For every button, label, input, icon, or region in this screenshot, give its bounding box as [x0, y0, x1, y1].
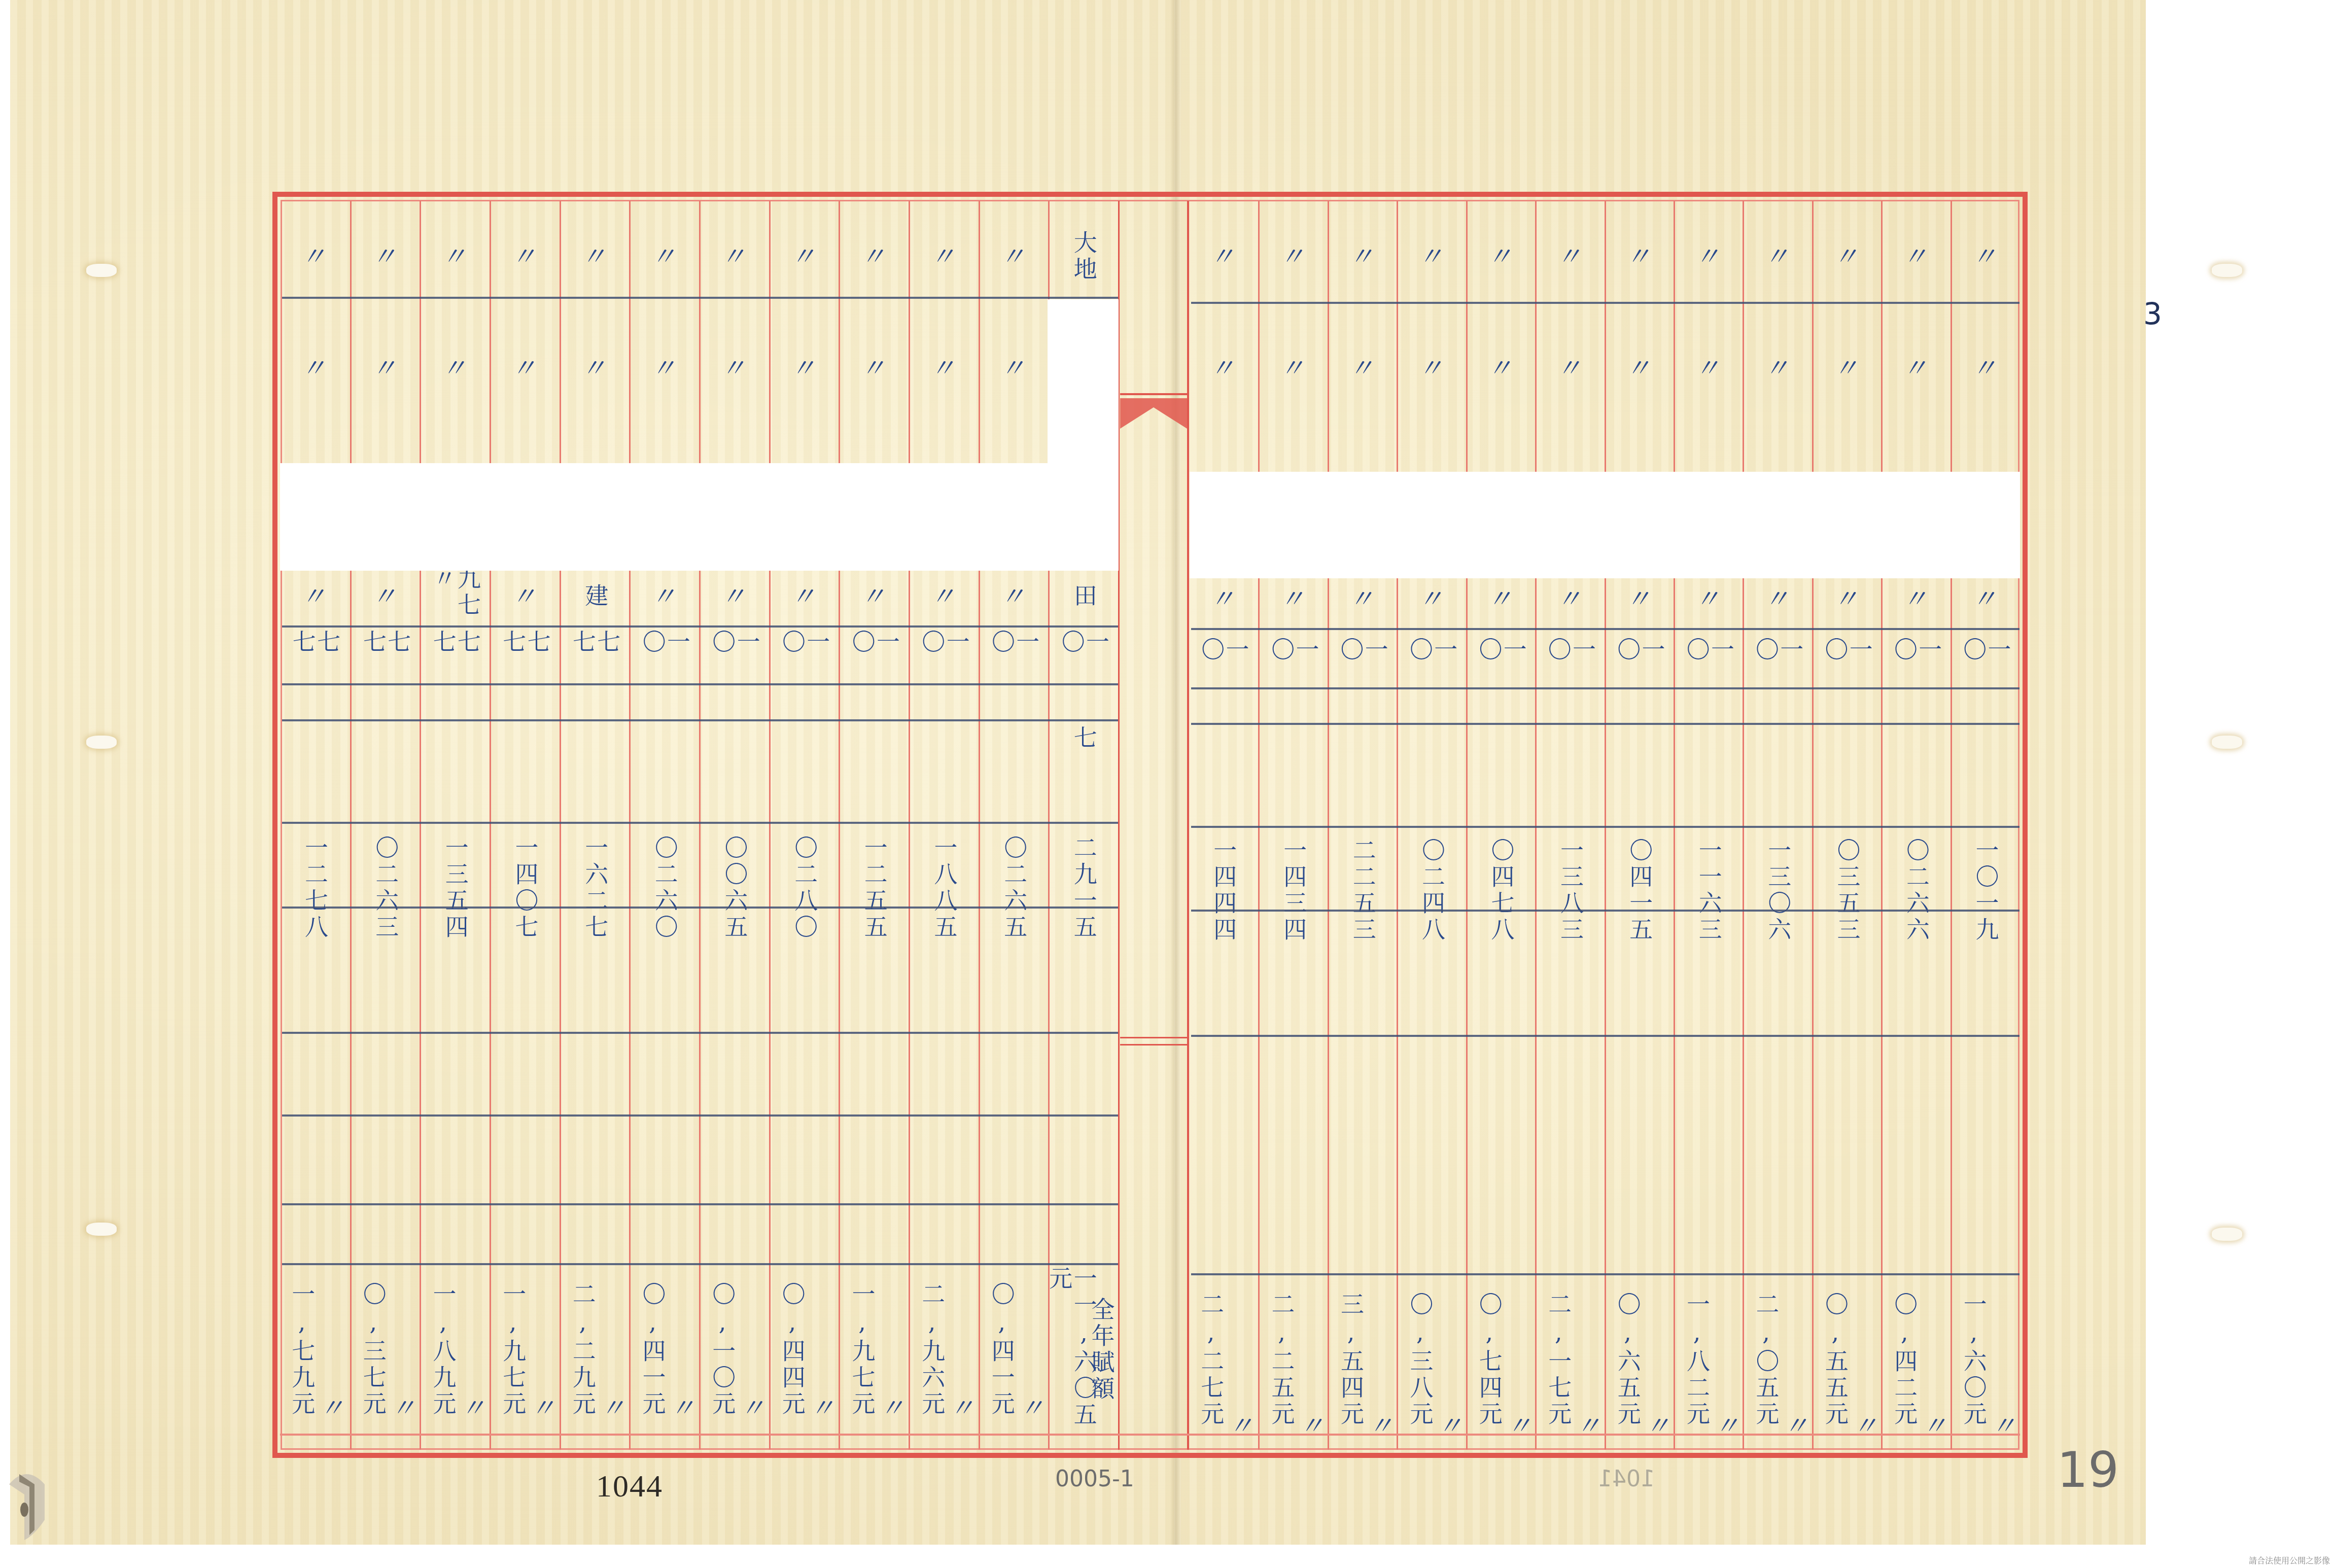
- header-cell: 〃: [280, 216, 350, 297]
- grade-cell: 七七: [352, 630, 420, 680]
- bottom-rule: [280, 1434, 2020, 1436]
- area-cell: 一八八五: [910, 825, 979, 952]
- subheader-cell: 〃: [1883, 328, 1950, 409]
- annual-tax-cell: 〇,三八元: [1403, 1281, 1437, 1439]
- land-type-cell: 〃: [840, 566, 909, 627]
- grade-cell: 一〇: [771, 630, 839, 680]
- annual-tax-cell: 二,九六元: [915, 1266, 949, 1434]
- annual-tax-cell: 〇,四二元: [1888, 1281, 1921, 1439]
- area-cell: 〇三五三: [1814, 830, 1881, 952]
- row-rule: [1191, 910, 2019, 912]
- punch-hole: [86, 736, 117, 749]
- register-column: 〃〃〃一〇一四四四二,二七元〃: [1189, 201, 1258, 1450]
- header-cell: 〃: [631, 216, 699, 297]
- land-type-cell: 〃: [491, 566, 560, 627]
- header-cell: 〃: [1606, 216, 1674, 297]
- register-column: 〃〃〃一〇一二五五一,九七元〃: [839, 201, 909, 1450]
- ditto-cell: 〃: [392, 1388, 417, 1428]
- register-column: 〃〃〃一〇二二五三三,五四元〃: [1328, 201, 1397, 1450]
- area-cell: 〇二六五: [980, 825, 1049, 952]
- land-type-cell: 〃: [280, 566, 350, 627]
- land-type-cell: 田: [1050, 566, 1118, 627]
- ditto-cell: 〃: [1508, 1408, 1534, 1444]
- ditto-cell: 〃: [671, 1388, 697, 1428]
- header-cell: 〃: [1675, 216, 1743, 297]
- register-column: 〃〃〃一〇〇三五三〇,五五元〃: [1812, 201, 1881, 1450]
- ditto-cell: 〃: [462, 1388, 487, 1428]
- faint-mirror-number: 1041: [1598, 1466, 1655, 1492]
- annual-tax-cell: 二,一七元: [1542, 1281, 1575, 1439]
- register-column: 〃〃〃七七一二七八一,七九元〃: [280, 201, 350, 1450]
- row-rule: [282, 1032, 1118, 1034]
- annual-tax-cell: 〇,四一元: [636, 1266, 669, 1434]
- ditto-cell: 〃: [1021, 1388, 1046, 1428]
- spine-mark: [1120, 1044, 1187, 1046]
- area-cell: 一四〇七: [491, 825, 560, 952]
- header-cell: 〃: [840, 216, 909, 297]
- register-column: 〃〃〃一〇一三〇六二,〇五元〃: [1743, 201, 1812, 1450]
- area-cell: 一六二七: [561, 825, 630, 952]
- register-column: 〃〃〃一〇一一六三一,八二元〃: [1674, 201, 1743, 1450]
- left-page-table: 〃〃〃七七一二七八一,七九元〃〃〃〃七七〇二六三〇,三七元〃〃〃九七〃七七一三五…: [280, 201, 1118, 1450]
- row-rule: [282, 1114, 1118, 1117]
- land-type-cell: 建: [561, 566, 630, 627]
- ditto-cell: 〃: [741, 1388, 767, 1428]
- register-column: 〃〃〃一〇〇二四八〇,三八元〃: [1397, 201, 1466, 1450]
- subheader-cell: 〃: [771, 328, 839, 409]
- row-rule: [1191, 1035, 2019, 1037]
- ditto-cell: 〃: [881, 1388, 906, 1428]
- land-type-cell: 〃: [1675, 571, 1743, 627]
- grade-cell: 一〇: [1260, 637, 1327, 688]
- annual-tax-cell: 二,二五元: [1265, 1281, 1298, 1439]
- header-cell: 〃: [1537, 216, 1604, 297]
- annual-tax-cell: 一,八二元: [1680, 1281, 1714, 1439]
- land-type-cell: 〃: [1952, 571, 2019, 627]
- ditto-cell: 〃: [1716, 1408, 1741, 1444]
- area-cell: 一二七八: [280, 825, 350, 952]
- redaction-box: [1048, 299, 1119, 467]
- register-column: 〃〃〃一〇一八八五二,九六元〃: [909, 201, 979, 1450]
- land-type-cell: 〃: [1468, 571, 1535, 627]
- land-type-cell: 〃: [1814, 571, 1881, 627]
- row-rule: [1191, 628, 2019, 630]
- register-column: 〃〃〃一〇〇二八〇〇,四四元〃: [769, 201, 839, 1450]
- subheader-cell: 〃: [1537, 328, 1604, 409]
- area-cell: 〇二六六: [1883, 830, 1950, 952]
- row-rule: [282, 822, 1118, 824]
- grade-cell: 一〇: [1189, 637, 1258, 688]
- header-cell: 〃: [1398, 216, 1466, 297]
- row-rule: [1191, 687, 2019, 689]
- row-rule: [282, 683, 1118, 685]
- sub-grade-cell: 七: [1050, 723, 1118, 754]
- register-column: 〃〃九七〃七七一三五四一,八九元〃: [420, 201, 490, 1450]
- land-type-cell: 〃: [1260, 571, 1327, 627]
- area-cell: 〇二四八: [1398, 830, 1466, 952]
- row-rule: [1191, 723, 2019, 725]
- area-cell: 一三〇六: [1744, 830, 1812, 952]
- row-rule: [1191, 302, 2019, 304]
- subheader-cell: 〃: [421, 328, 490, 409]
- row-rule: [282, 719, 1118, 721]
- ditto-cell: 〃: [1647, 1408, 1672, 1444]
- subheader-cell: 〃: [910, 328, 979, 409]
- row-rule: [1191, 826, 2019, 828]
- area-cell: 二九一五: [1050, 825, 1118, 952]
- pencil-note: 0005-1: [1055, 1466, 1134, 1492]
- spine-mark: [1120, 1037, 1187, 1038]
- land-type-cell: 〃: [1744, 571, 1812, 627]
- subheader-cell: 〃: [701, 328, 769, 409]
- margin-mark: 3: [2143, 297, 2162, 331]
- area-cell: 一二五五: [840, 825, 909, 952]
- redaction-box: [1190, 472, 2020, 578]
- subheader-cell: 〃: [280, 328, 350, 409]
- register-column: 〃〃〃一〇一〇一九一,六〇元〃: [1951, 201, 2019, 1450]
- subheader-cell: 〃: [352, 328, 420, 409]
- grade-cell: 一〇: [1398, 637, 1466, 688]
- row-rule: [282, 907, 1118, 909]
- punch-hole: [2212, 736, 2242, 749]
- land-type-cell: 〃: [701, 566, 769, 627]
- ditto-cell: 〃: [1923, 1408, 1948, 1444]
- subheader-cell: 〃: [1675, 328, 1743, 409]
- subheader-cell: 〃: [1468, 328, 1535, 409]
- area-cell: 一一六三: [1675, 830, 1743, 952]
- header-cell: 〃: [910, 216, 979, 297]
- annual-tax-cell: 一,八九元: [426, 1266, 460, 1434]
- header-cell: 〃: [352, 216, 420, 297]
- grade-cell: 一〇: [1050, 630, 1118, 680]
- grade-cell: 一〇: [840, 630, 909, 680]
- header-cell: 〃: [701, 216, 769, 297]
- grade-cell: 一〇: [980, 630, 1049, 680]
- subheader-cell: 〃: [980, 328, 1049, 409]
- area-cell: 一四三四: [1260, 830, 1327, 952]
- right-page-table: 〃〃〃一〇一四四四二,二七元〃〃〃〃一〇一四三四二,二五元〃〃〃〃一〇二二五三三…: [1189, 201, 2019, 1450]
- register-column: 〃〃〃一〇〇四七八〇,七四元〃: [1466, 201, 1535, 1450]
- register-column: 〃〃〃一〇〇二六〇〇,四一元〃: [629, 201, 699, 1450]
- annual-tax-cell: 三,五四元: [1334, 1281, 1368, 1439]
- grade-cell: 一〇: [1883, 637, 1950, 688]
- annual-tax-cell: 一,九七元: [845, 1266, 879, 1434]
- header-cell: 〃: [561, 216, 630, 297]
- subheader-cell: 〃: [1606, 328, 1674, 409]
- annual-tax-cell: 〇,五五元: [1819, 1281, 1852, 1439]
- header-cell: 〃: [1744, 216, 1812, 297]
- area-cell: 一〇一九: [1952, 830, 2019, 952]
- land-type-cell: 〃: [1537, 571, 1604, 627]
- grade-cell: 一〇: [1675, 637, 1743, 688]
- header-cell: 〃: [1329, 216, 1397, 297]
- pencil-page-mark: 19: [2057, 1442, 2119, 1499]
- annual-tax-cell: 一,六〇元: [1957, 1281, 1991, 1439]
- subheader-cell: 〃: [1260, 328, 1327, 409]
- usage-watermark: 請合法使用公開之影像: [2249, 1554, 2330, 1566]
- grade-cell: 七七: [421, 630, 490, 680]
- register-column: 〃〃〃一〇〇二六六〇,四二元〃: [1881, 201, 1950, 1450]
- ditto-cell: 〃: [811, 1388, 837, 1428]
- area-cell: 〇二八〇: [771, 825, 839, 952]
- grade-cell: 一〇: [1329, 637, 1397, 688]
- header-cell: 〃: [1814, 216, 1881, 297]
- register-column: 〃〃〃一〇〇四一五〇,六五元〃: [1605, 201, 1674, 1450]
- header-cell: 〃: [1468, 216, 1535, 297]
- subheader-cell: 〃: [561, 328, 630, 409]
- grade-cell: 一〇: [631, 630, 699, 680]
- header-cell: 〃: [980, 216, 1049, 297]
- register-column: 〃〃〃七七一四〇七一,九七元〃: [490, 201, 560, 1450]
- area-cell: 二二五三: [1329, 830, 1397, 952]
- header-cell: 〃: [1260, 216, 1327, 297]
- punch-hole: [2212, 264, 2242, 277]
- ditto-cell: 〃: [1854, 1408, 1879, 1444]
- header-cell: 〃: [491, 216, 560, 297]
- land-type-cell: 〃: [1398, 571, 1466, 627]
- redaction-box: [280, 463, 1119, 571]
- subheader-cell: 〃: [1398, 328, 1466, 409]
- annual-tax-cell: 〇,六五元: [1611, 1281, 1645, 1439]
- subheader-cell: 〃: [840, 328, 909, 409]
- header-cell: 〃: [1952, 216, 2019, 297]
- annual-tax-cell: 〇,四四元: [776, 1266, 809, 1434]
- land-type-cell: 〃: [1606, 571, 1674, 627]
- row-rule: [1191, 1273, 2019, 1275]
- register-column: 〃〃〃一〇一三八三二,一七元〃: [1535, 201, 1604, 1450]
- subheader-cell: 〃: [1744, 328, 1812, 409]
- area-cell: 一四四四: [1189, 830, 1258, 952]
- ditto-cell: 〃: [321, 1388, 346, 1428]
- annual-tax-cell: 〇,四一元: [985, 1266, 1019, 1434]
- land-type-cell: 〃: [980, 566, 1049, 627]
- annual-tax-cell: 〇,三七元: [357, 1266, 390, 1434]
- grade-cell: 一〇: [1606, 637, 1674, 688]
- ditto-cell: 〃: [1993, 1408, 2018, 1444]
- land-type-cell: 〃: [352, 566, 420, 627]
- subheader-cell: 〃: [631, 328, 699, 409]
- land-type-cell: 〃: [631, 566, 699, 627]
- grade-cell: 一〇: [1468, 637, 1535, 688]
- row-rule: [282, 625, 1118, 628]
- area-cell: 一三五四: [421, 825, 490, 952]
- subheader-cell: 〃: [1189, 328, 1258, 409]
- header-cell: 〃: [421, 216, 490, 297]
- header-cell: 〃: [1883, 216, 1950, 297]
- row-rule: [282, 297, 1118, 299]
- row-rule: [282, 1263, 1118, 1265]
- ditto-cell: 〃: [602, 1388, 627, 1428]
- grade-cell: 七七: [561, 630, 630, 680]
- annual-tax-cell: 一一,六〇五元: [1055, 1266, 1088, 1434]
- ditto-cell: 〃: [1439, 1408, 1464, 1444]
- archive-logo-icon: [4, 1464, 49, 1540]
- punch-hole: [2212, 1228, 2242, 1241]
- area-cell: 一三八三: [1537, 830, 1604, 952]
- header-cell: 大地: [1050, 216, 1118, 297]
- register-column: 〃〃〃一〇一四三四二,二五元〃: [1258, 201, 1327, 1450]
- ditto-cell: 〃: [532, 1388, 557, 1428]
- spine-chevron-icon: [1120, 393, 1187, 434]
- grade-cell: 七七: [491, 630, 560, 680]
- area-cell: 〇二六三: [352, 825, 420, 952]
- area-cell: 〇四一五: [1606, 830, 1674, 952]
- punch-hole: [86, 264, 117, 277]
- grade-cell: 一〇: [1744, 637, 1812, 688]
- subheader-cell: 〃: [491, 328, 560, 409]
- ditto-cell: 〃: [1230, 1408, 1255, 1444]
- annual-tax-cell: 一,七九元: [285, 1266, 319, 1434]
- page-number: 1044: [596, 1469, 663, 1505]
- register-column: 〃〃〃一〇〇二六五〇,四一元〃: [979, 201, 1049, 1450]
- grade-cell: 一〇: [1814, 637, 1881, 688]
- land-type-cell: 〃: [1883, 571, 1950, 627]
- subheader-cell: 〃: [1952, 328, 2019, 409]
- subheader-cell: 〃: [1814, 328, 1881, 409]
- area-cell: 〇四七八: [1468, 830, 1535, 952]
- register-column: 〃〃建七七一六二七二,二九元〃: [560, 201, 630, 1450]
- ditto-cell: 〃: [1785, 1408, 1810, 1444]
- annual-tax-cell: 一,九七元: [496, 1266, 530, 1434]
- land-type-cell: 〃: [910, 566, 979, 627]
- header-cell: 〃: [771, 216, 839, 297]
- ditto-cell: 〃: [951, 1388, 976, 1428]
- area-cell: 〇〇六五: [701, 825, 769, 952]
- ditto-cell: 〃: [1370, 1408, 1395, 1444]
- grade-cell: 一〇: [701, 630, 769, 680]
- annual-tax-cell: 〇,一〇元: [706, 1266, 739, 1434]
- ditto-cell: 〃: [1300, 1408, 1326, 1444]
- row-rule: [282, 1203, 1118, 1205]
- annual-tax-cell: 二,二七元: [1194, 1281, 1228, 1439]
- grade-cell: 一〇: [1537, 637, 1604, 688]
- punch-hole: [86, 1223, 117, 1236]
- area-cell: 〇二六〇: [631, 825, 699, 952]
- register-column: 〃〃〃七七〇二六三〇,三七元〃: [350, 201, 420, 1450]
- annual-tax-cell: 二,二九元: [566, 1266, 600, 1434]
- grade-cell: 一〇: [910, 630, 979, 680]
- annual-tax-cell: 〇,七四元: [1473, 1281, 1506, 1439]
- land-type-cell: 九七〃: [421, 566, 490, 627]
- grade-cell: 七七: [280, 630, 350, 680]
- land-type-cell: 〃: [771, 566, 839, 627]
- land-type-cell: 〃: [1329, 571, 1397, 627]
- annual-tax-cell: 二,〇五元: [1749, 1281, 1783, 1439]
- grade-cell: 一〇: [1952, 637, 2019, 688]
- subheader-cell: 〃: [1329, 328, 1397, 409]
- header-cell: 〃: [1189, 216, 1258, 297]
- register-column: 〃〃〃一〇〇〇六五〇,一〇元〃: [699, 201, 769, 1450]
- land-type-cell: 〃: [1189, 571, 1258, 627]
- ditto-cell: 〃: [1577, 1408, 1603, 1444]
